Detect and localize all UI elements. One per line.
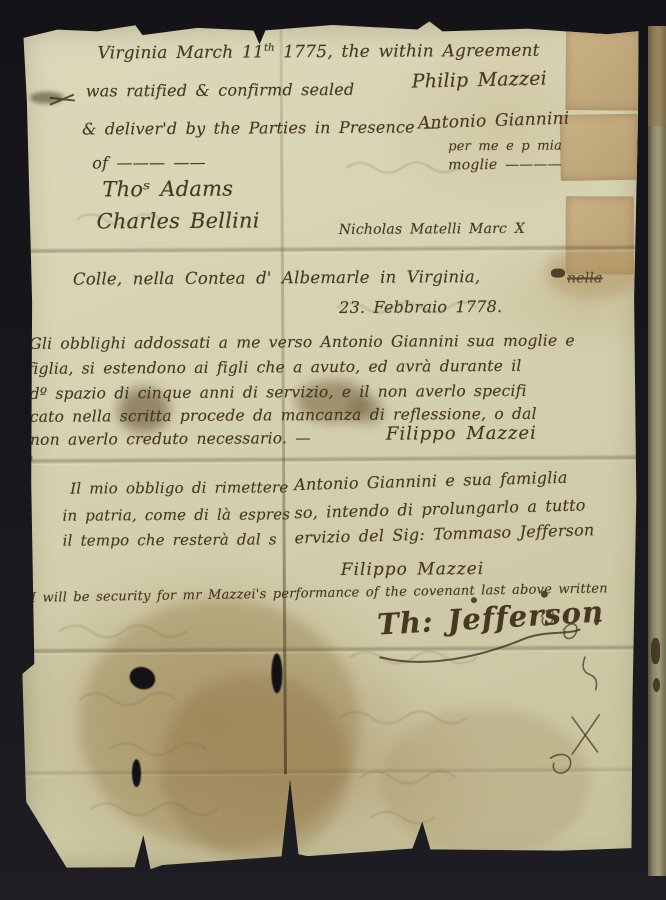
header-line-1-post: 1775, the within Agreement [283,41,540,63]
strikeout-mark [48,92,78,108]
signature-matelli-mark: Nicholas Matelli Marc X [339,221,525,238]
signature-bellini: Charles Bellini [97,208,260,233]
struck-word: nella [567,270,603,286]
superscript-th: th [264,43,275,54]
second-page-stain [648,26,666,126]
header-line-2-left: was ratified & confirmd sealed [86,80,355,101]
note-body-line-2: figlia, si estendono ai figli che a avut… [27,357,521,378]
giannini-note-line-2: moglie ———— [448,157,562,174]
signature-mazzei-2: Filippo Mazzei [341,559,485,580]
giannini-note-line: per me e p mia [448,139,562,155]
signature-philip-mazzei: Philip Mazzei [412,68,548,93]
ink-speck [651,638,660,664]
header-line-1: Virginia March 11th 1775, the within Agr… [98,41,540,64]
tear-hole [14,452,32,464]
header-line-1-pre: Virginia March 11 [98,42,264,63]
note-place-line: Colle, nella Contea d' Albemarle in Virg… [73,267,480,288]
note-body-line-5: non averlo creduto necessario. — [30,429,311,449]
note-body-line-1: Gli obblighi addossati a me verso Antoni… [29,332,575,353]
codicil-line-1-left: Il mio obbligo di rimettere [70,478,288,497]
ink-blot [551,269,565,278]
signature-mazzei-1: Filippo Mazzei [386,423,537,445]
signature-adams: Thoˢ Adams [102,177,233,202]
ink-speck [653,678,660,692]
document-page: Virginia March 11th 1775, the within Agr… [15,16,648,876]
header-line-4-left: of ——— —— [92,153,206,173]
codicil-line-2-left: in patria, come di là espres [62,505,290,524]
note-date-line: 23. Febbraio 1778. [339,297,502,317]
note-body-line-3: dº spazio di cinque anni di servizio, e … [30,382,527,403]
scan-background: Virginia March 11th 1775, the within Agr… [0,0,666,900]
header-line-3-left: & deliver'd by the Parties in Presence — [82,117,439,138]
codicil-line-3-left: il tempo che resterà dal s [63,530,277,549]
second-page-edge [648,26,666,876]
